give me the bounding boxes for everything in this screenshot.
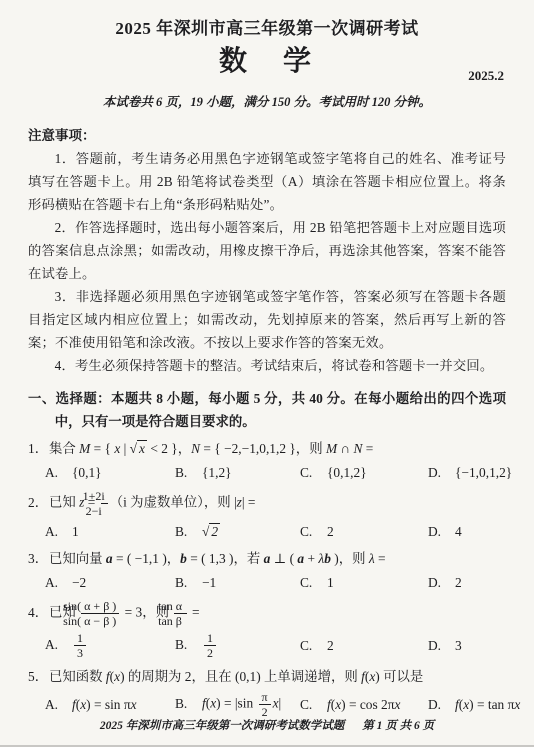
option: A.13 [45, 630, 175, 661]
option-label: B. [175, 692, 202, 715]
text-run: = { −2,−1,0,1,2 }，则 [200, 441, 326, 456]
option: B.√2 [175, 520, 300, 543]
notice-item: 3．非选择题必须用黑色字迹钢笔或签字笔作答，答案必须写在答题卡各题目指定区域内相… [28, 285, 506, 354]
question-number: 1． [28, 437, 49, 460]
option-label: A. [45, 520, 72, 543]
question: 3．已知向量 a = ( −1,1 )，b = ( 1,3 )，若 a ⊥ ( … [28, 547, 506, 594]
page-footer: 2025 年深圳市高三年级第一次调研考试数学试题第 1 页 共 6 页 [0, 718, 534, 734]
question-options: A.13B.12C.2D.3 [45, 630, 506, 661]
radical: √x [130, 440, 147, 456]
option: C.2 [300, 634, 428, 657]
math-symbol: M [326, 441, 337, 456]
notice-item: 2．作答选择题时，选出每小题答案后，用 2B 铅笔把答题卡上对应题目选项的答案信… [28, 216, 506, 285]
math-symbol: N [191, 441, 200, 456]
option-label: D. [428, 571, 455, 594]
notice-list: 1．答题前，考生请务必用黑色字迹钢笔或签字笔将自己的姓名、准考证号填写在答题卡上… [28, 147, 506, 377]
question-number: 2． [28, 491, 49, 514]
question-list: 1．集合 M = { x | √x < 2 }，N = { −2,−1,0,1,… [28, 437, 506, 720]
notice-item: 1．答题前，考生请务必用黑色字迹钢笔或签字笔将自己的姓名、准考证号填写在答题卡上… [28, 147, 506, 216]
notices-section: 注意事项： 1．答题前，考生请务必用黑色字迹钢笔或签字笔将自己的姓名、准考证号填… [28, 126, 506, 377]
fraction: 1+2i2−i [101, 489, 108, 518]
text-run: 2 [327, 524, 334, 539]
fraction-denominator: sin( α − β ) [81, 614, 119, 628]
option-label: D. [428, 461, 455, 484]
question: 1．集合 M = { x | √x < 2 }，N = { −2,−1,0,1,… [28, 437, 506, 484]
text-run: ) 可以是 [375, 669, 423, 684]
fraction-numerator: π [259, 690, 271, 705]
math-symbol: b [180, 551, 187, 566]
text-run: = ( 1,3 )，若 [187, 551, 264, 566]
text-run: | = [242, 495, 256, 510]
option-label: C. [300, 461, 327, 484]
fraction-denominator: 3 [74, 646, 86, 660]
text-run: )，则 [331, 551, 369, 566]
subject-title: 数 学 [28, 44, 506, 80]
text-run: | [279, 696, 282, 711]
text-run: 已知向量 [49, 551, 106, 566]
radicand: 2 [209, 523, 220, 539]
text-run: {0,1} [72, 465, 102, 480]
text-run: ) = tan π [469, 697, 514, 712]
fraction-denominator: 2 [204, 646, 216, 660]
text-run: = ( −1,1 )， [113, 551, 181, 566]
option: D.f(x) = tan πx [428, 693, 520, 716]
fraction: tan αtan β [174, 599, 186, 628]
text-run: | [120, 441, 129, 456]
text-run: ) = sin π [86, 697, 130, 712]
text-run: 已知函数 [49, 669, 106, 684]
text-run: = [362, 441, 373, 456]
option-label: A. [45, 571, 72, 594]
option: B.f(x) = |sin π2x| [175, 689, 300, 720]
fraction: 12 [204, 631, 216, 660]
fraction: 13 [74, 631, 86, 660]
footer-page-number: 第 1 页 共 6 页 [362, 720, 434, 732]
option: A.{0,1} [45, 461, 175, 484]
option: D.3 [428, 634, 506, 657]
question-number: 5． [28, 665, 49, 688]
fraction: π2 [259, 690, 271, 719]
fraction-numerator: sin( α + β ) [81, 599, 119, 614]
fraction: sin( α + β )sin( α − β ) [81, 599, 119, 628]
question-stem: 2．已知 z = 1+2i2−i（i 为虚数单位），则 |z| = [28, 488, 506, 519]
option-label: B. [175, 520, 202, 543]
text-run: ∩ [337, 441, 353, 456]
option-label: C. [300, 571, 327, 594]
option-label: D. [428, 520, 455, 543]
fraction-numerator: tan α [174, 599, 186, 614]
text-run: = [375, 551, 386, 566]
text-run: −2 [72, 575, 86, 590]
option: B.{1,2} [175, 461, 300, 484]
question-stem: 1．集合 M = { x | √x < 2 }，N = { −2,−1,0,1,… [28, 437, 506, 460]
text-run: 4 [455, 524, 462, 539]
option-label: B. [175, 461, 202, 484]
option-label: B. [175, 633, 202, 656]
math-symbol: x [514, 697, 520, 712]
paper-info: 本试卷共 6 页，19 小题，满分 150 分。考试用时 120 分钟。 [28, 93, 506, 111]
fraction-numerator: 1 [204, 631, 216, 646]
question-number: 3． [28, 547, 49, 570]
text-run: {−1,0,1,2} [455, 465, 512, 480]
exam-title: 2025 年深圳市高三年级第一次调研考试 [28, 18, 506, 40]
fraction-denominator: 2−i [101, 504, 108, 518]
text-run: 2 [327, 638, 334, 653]
option: B.−1 [175, 571, 300, 594]
text-run: = [189, 605, 200, 620]
question-options: A.{0,1}B.{1,2}C.{0,1,2}D.{−1,0,1,2} [45, 461, 506, 484]
fraction-numerator: 1 [74, 631, 86, 646]
notice-item: 4．考生必须保持答题卡的整洁。考试结束后，将试卷和答题卡一并交回。 [28, 354, 506, 377]
option-label: D. [428, 634, 455, 657]
option-label: D. [428, 693, 455, 716]
question: 2．已知 z = 1+2i2−i（i 为虚数单位），则 |z| =A.1B.√2… [28, 488, 506, 543]
option: B.12 [175, 630, 300, 661]
radicand: x [137, 440, 147, 456]
exam-paper-page: 2025 年深圳市高三年级第一次调研考试 数 学 2025.2 本试卷共 6 页… [0, 0, 534, 747]
fraction-denominator: tan β [174, 614, 186, 628]
text-run: = { [90, 441, 114, 456]
text-run: ) = cos 2π [341, 697, 394, 712]
option: A.−2 [45, 571, 175, 594]
math-symbol: a [106, 551, 113, 566]
text-run: 1 [72, 524, 79, 539]
text-run: {1,2} [202, 465, 232, 480]
question-number: 4． [28, 601, 49, 624]
option-label: A. [45, 633, 72, 656]
math-symbol: M [79, 441, 90, 456]
text-run: 1 [327, 575, 334, 590]
notices-heading: 注意事项： [28, 126, 506, 146]
text-run: + [304, 551, 318, 566]
question-stem: 5．已知函数 f(x) 的周期为 2，且在 (0,1) 上单调递增，则 f(x)… [28, 665, 506, 688]
radical: √2 [202, 523, 220, 539]
option-label: A. [45, 461, 72, 484]
question-options: A.−2B.−1C.1D.2 [45, 571, 506, 594]
question-stem: 4．已知 sin( α + β )sin( α − β ) = 3，则 tan … [28, 598, 506, 629]
option: A.1 [45, 520, 175, 543]
text-run: {0,1,2} [327, 465, 367, 480]
question-stem: 3．已知向量 a = ( −1,1 )，b = ( 1,3 )，若 a ⊥ ( … [28, 547, 506, 570]
question-options: A.f(x) = sin πxB.f(x) = |sin π2x|C.f(x) … [45, 689, 506, 720]
question-options: A.1B.√2C.2D.4 [45, 520, 506, 543]
option-label: C. [300, 634, 327, 657]
option: C.2 [300, 520, 428, 543]
text-run: 3 [455, 638, 462, 653]
option: D.4 [428, 520, 506, 543]
question: 5．已知函数 f(x) 的周期为 2，且在 (0,1) 上单调递增，则 f(x)… [28, 665, 506, 720]
text-run: ⊥ ( [270, 551, 297, 566]
text-run: −1 [202, 575, 216, 590]
text-run: 2 [455, 575, 462, 590]
option: D.{−1,0,1,2} [428, 461, 512, 484]
text-run: ) 的周期为 2，且在 (0,1) 上单调递增，则 [120, 669, 361, 684]
text-run: 已知 [49, 495, 79, 510]
section-heading: 一、选择题：本题共 8 小题，每小题 5 分，共 40 分。在每小题给出的四个选… [28, 387, 506, 433]
option: A.f(x) = sin πx [45, 693, 175, 716]
exam-date: 2025.2 [468, 68, 504, 84]
option: C.1 [300, 571, 428, 594]
math-symbol: x [395, 697, 401, 712]
choice-section: 一、选择题：本题共 8 小题，每小题 5 分，共 40 分。在每小题给出的四个选… [28, 387, 506, 720]
option: C.{0,1,2} [300, 461, 428, 484]
option-label: C. [300, 693, 327, 716]
text-run: （i 为虚数单位），则 | [110, 495, 237, 510]
text-run: ) = |sin [216, 696, 256, 711]
subject-row: 数 学 2025.2 [28, 42, 506, 82]
question: 4．已知 sin( α + β )sin( α − β ) = 3，则 tan … [28, 598, 506, 661]
option-label: A. [45, 693, 72, 716]
option: D.2 [428, 571, 506, 594]
math-symbol: b [324, 551, 331, 566]
footer-doc-title: 2025 年深圳市高三年级第一次调研考试数学试题 [100, 720, 344, 732]
math-symbol: x [131, 697, 137, 712]
option-label: B. [175, 571, 202, 594]
fraction-denominator: 2 [259, 705, 271, 719]
text-run: < 2 }， [147, 441, 191, 456]
fraction-numerator: 1+2i [101, 489, 108, 504]
option: C.f(x) = cos 2πx [300, 693, 428, 716]
option-label: C. [300, 520, 327, 543]
text-run: 集合 [49, 441, 79, 456]
